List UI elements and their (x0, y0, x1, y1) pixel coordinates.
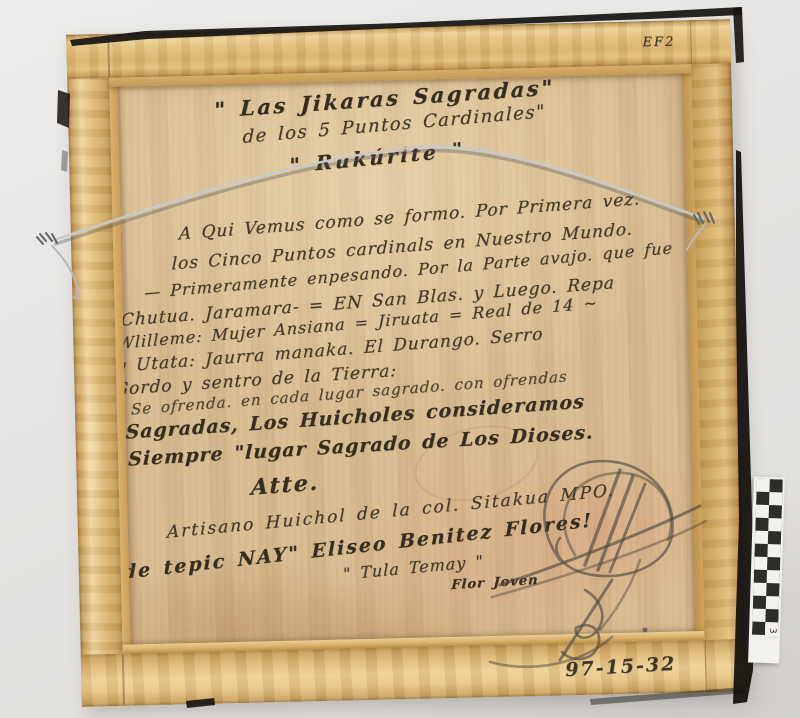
frame-rail-top: EF2 (66, 19, 731, 79)
calibration-scale: 3 (748, 477, 785, 664)
calibration-checkerboard (752, 479, 783, 638)
photo-background: EF2 97-15-32 " Las Jikaras Sagradas" de … (0, 0, 800, 718)
corner-mark-ef2: EF2 (642, 35, 675, 50)
frame-back: EF2 97-15-32 " Las Jikaras Sagradas" de … (66, 19, 746, 706)
inscription-signature-line: Flor Joven (451, 573, 539, 593)
calibration-scale-label: 3 (765, 624, 778, 637)
catalog-number: 97-15-32 (565, 653, 677, 681)
inscription-closing: Atte. (251, 469, 320, 500)
frame-rail-left (66, 34, 124, 707)
frame-rail-right (690, 19, 746, 692)
frame-rail-bottom: 97-15-32 (81, 639, 746, 707)
plywood-panel: " Las Jikaras Sagradas" de los 5 Puntos … (109, 64, 704, 654)
inscription-title-line: " Rukúrite " (289, 137, 465, 178)
